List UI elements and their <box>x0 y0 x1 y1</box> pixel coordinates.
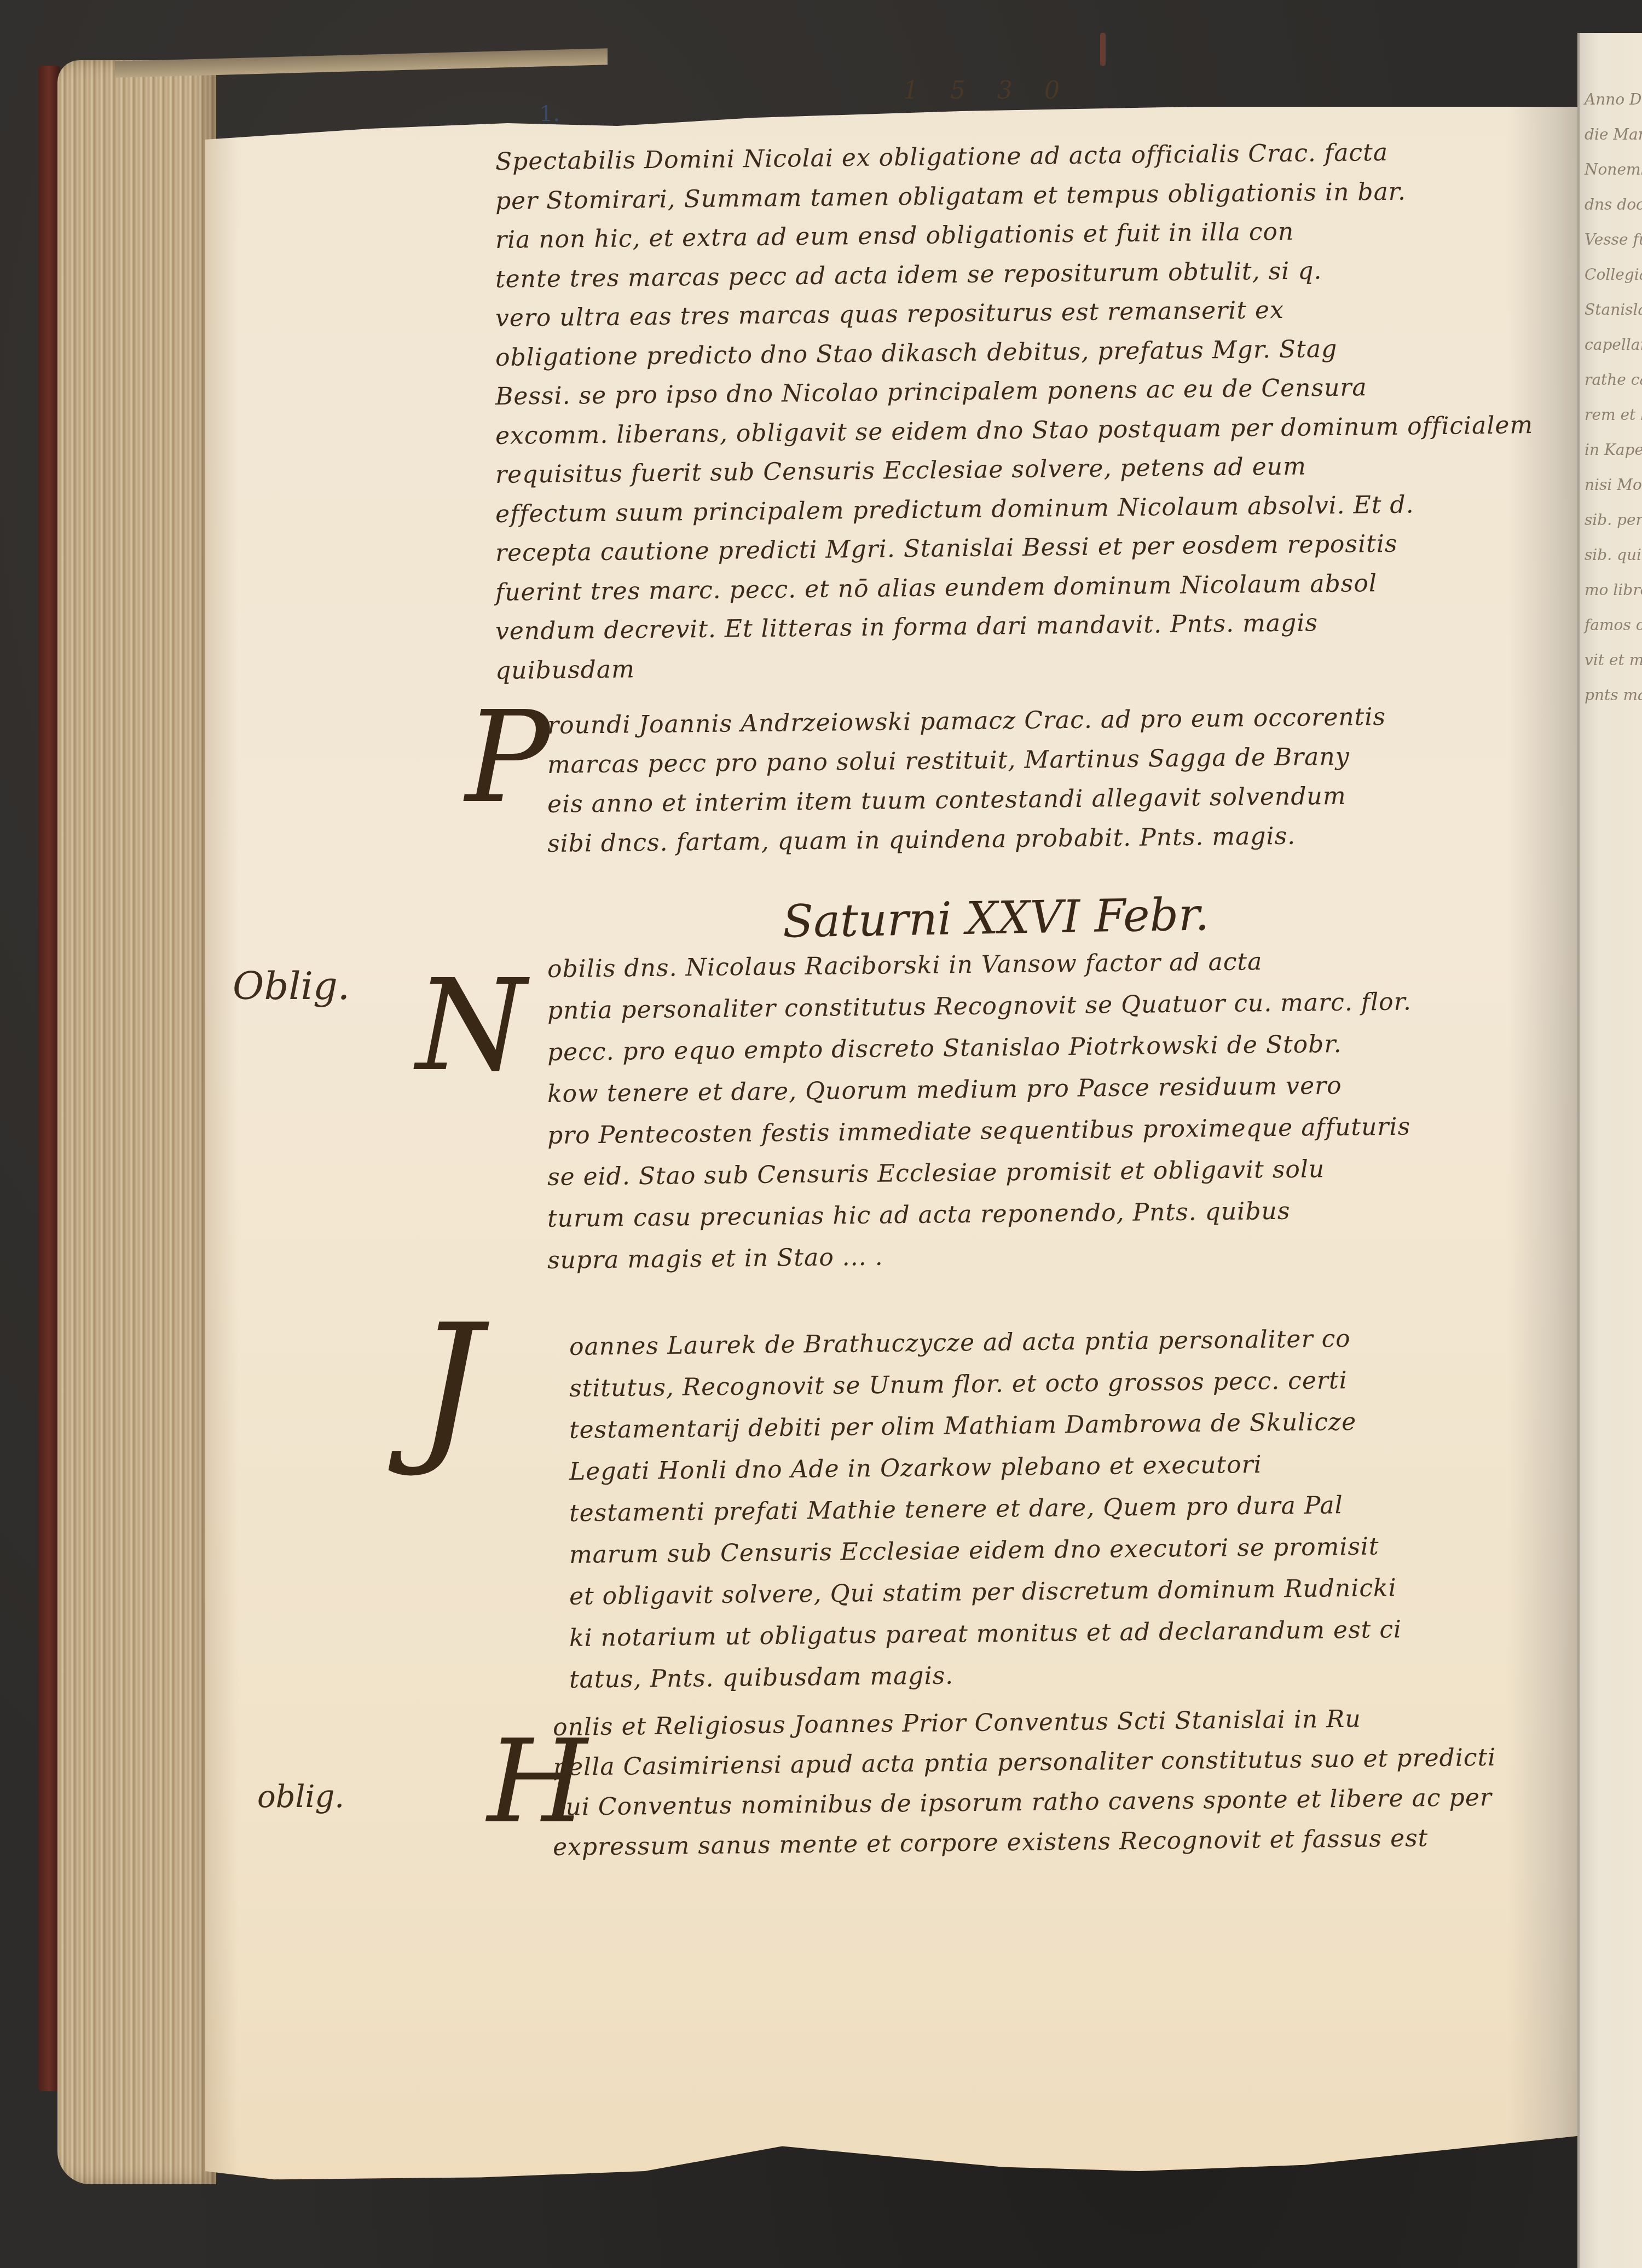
manuscript-line: supra magis et in Stao ... . <box>547 1243 883 1274</box>
facing-page-line: rem et libere <box>1585 406 1642 424</box>
facing-page-line: dns doctor <box>1585 195 1642 213</box>
book-top-edge <box>115 48 608 78</box>
book-binding <box>38 66 60 2091</box>
facing-page <box>1577 33 1642 2268</box>
facing-page-line: nisi Mon <box>1585 476 1642 494</box>
pencil-folio-mark: 1. <box>539 101 560 126</box>
facing-page-line: Stanislai G <box>1585 301 1642 319</box>
facing-page-line: sib. per eum <box>1585 511 1642 529</box>
facing-page-line: Collegiatis <box>1585 266 1642 284</box>
facing-page-line: mo libros <box>1585 581 1642 599</box>
margin-note-oblig-2: oblig. <box>257 1779 344 1815</box>
initial-letter-h: H <box>487 1724 587 1839</box>
date-heading: Saturni XXVI Febr. <box>782 888 1210 948</box>
initial-letter-j: J <box>416 1303 482 1467</box>
facing-page-line: rathe cavens <box>1585 371 1642 389</box>
page-stack-edge <box>57 60 216 2184</box>
facing-page-line: die Mart. p <box>1585 125 1642 143</box>
manuscript-line: tatus, Pnts. quibusdam magis. <box>569 1662 954 1694</box>
margin-note-oblig-1: Oblig. <box>233 963 350 1008</box>
initial-letter-n: N <box>416 963 526 1089</box>
folio-year-header: 1 5 3 0 <box>903 77 1072 105</box>
facing-page-line: Nonembris <box>1585 160 1642 178</box>
facing-page-line: vit et mort <box>1585 651 1642 669</box>
facing-page-line: pnts magis <box>1585 686 1642 704</box>
facing-page-line: in Kapella <box>1585 441 1642 459</box>
facing-page-line: famos oblig <box>1585 616 1642 634</box>
facing-page-line: sib. quinque <box>1585 546 1642 564</box>
manuscript-line: quibusdam <box>495 655 635 685</box>
red-ink-mark <box>1100 33 1106 66</box>
facing-page-line: Vesse fun mi <box>1585 230 1642 249</box>
initial-letter-p: P <box>465 695 550 821</box>
facing-page-line: capellanus C <box>1585 336 1642 354</box>
facing-page-line: Anno Dni 1 <box>1585 90 1642 108</box>
